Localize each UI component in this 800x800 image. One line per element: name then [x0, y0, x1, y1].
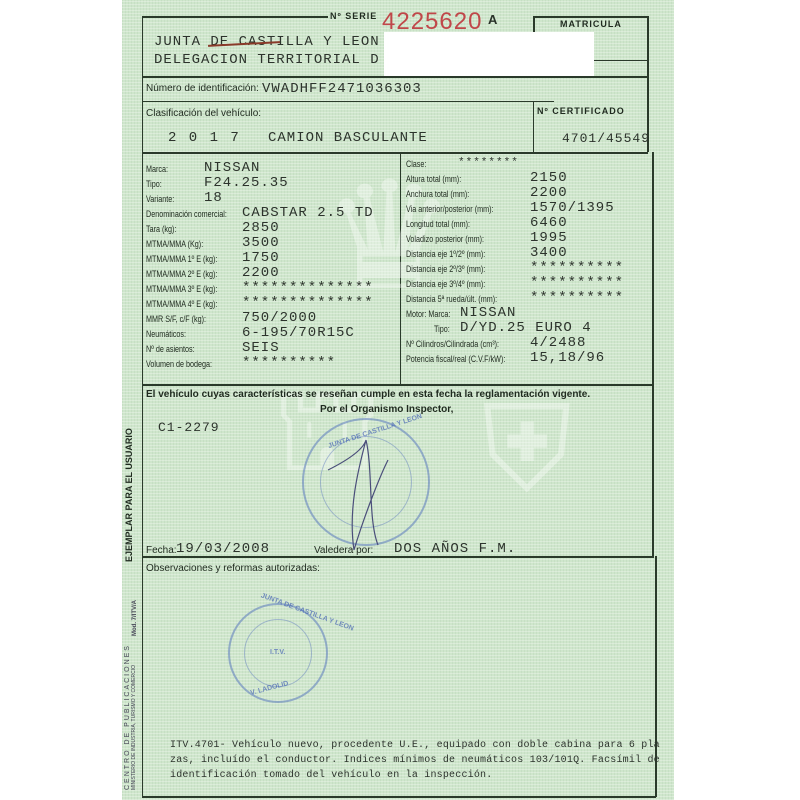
- spec-label: Potencia fiscal/real (C.V.F/kW):: [406, 354, 505, 364]
- spec-label: MTMA/MMA 1º E (kg):: [146, 254, 217, 264]
- spec-label: MTMA/MMA 2º E (kg):: [146, 269, 217, 279]
- spec-value: SEIS: [242, 340, 280, 356]
- spec-label: Nº Cilindros/Cilindrada (cm³):: [406, 339, 499, 349]
- spec-label: Motor: Marca:: [406, 309, 450, 319]
- spec-label: MTMA/MMA 4º E (kg):: [146, 299, 217, 309]
- observations-line-2: zas, incluído el conductor. Indices míni…: [170, 755, 660, 766]
- spec-value: **********: [530, 275, 624, 291]
- spec-value: NISSAN: [204, 160, 260, 176]
- spec-label: Denominación comercial:: [146, 209, 227, 219]
- serie-label: Nº SERIE: [330, 11, 377, 21]
- spec-label: Longitud total (mm):: [406, 219, 470, 229]
- certificado-value: 4701/45549: [562, 131, 650, 146]
- classification-code: 2 0 1 7: [168, 130, 241, 146]
- inspector-label: Por el Organismo Inspector,: [320, 404, 453, 415]
- fecha-value: 19/03/2008: [176, 541, 270, 557]
- spec-value: 18: [204, 190, 223, 206]
- model-label: Mod. 7/ITV/A: [132, 600, 138, 636]
- valedera-label: Valedera por:: [314, 545, 373, 556]
- spec-value: 6-195/70R15C: [242, 325, 355, 341]
- authority-line-2: DELEGACION TERRITORIAL D: [154, 52, 380, 68]
- publisher-label: CENTRO DE PUBLICACIONES: [124, 644, 131, 790]
- spec-label: Distancia eje 1º/2º (mm):: [406, 249, 485, 259]
- fecha-label: Fecha:: [146, 545, 177, 556]
- spec-value: ********: [458, 157, 519, 169]
- spec-label: MTMA/MMA 3º E (kg):: [146, 284, 217, 294]
- spec-value: CABSTAR 2.5 TD: [242, 205, 374, 221]
- spec-label: Anchura total (mm):: [406, 189, 469, 199]
- spec-value: 3400: [530, 245, 568, 261]
- itv-card: Nº SERIE 4225620 A JUNTA DE CASTILLA Y L…: [122, 0, 674, 800]
- spec-label: Altura total (mm):: [406, 174, 461, 184]
- spec-value: 3500: [242, 235, 280, 251]
- spec-label: Marca:: [146, 164, 168, 174]
- spec-label: Neumáticos:: [146, 329, 186, 339]
- spec-value: 4/2488: [530, 335, 586, 351]
- vin-value: VWADHFF2471036303: [262, 81, 422, 97]
- spec-value: 6460: [530, 215, 568, 231]
- spec-label: Via anterior/posterior (mm):: [406, 204, 494, 214]
- spec-value: 1570/1395: [530, 200, 615, 216]
- spec-value: 2200: [530, 185, 568, 201]
- spec-label: Distancia eje 2º/3º (mm):: [406, 264, 485, 274]
- compliance-statement: El vehículo cuyas características se res…: [146, 389, 590, 400]
- itv-stamp: JUNTA DE CASTILLA Y LEON I.T.V. V. LADOL…: [228, 603, 328, 703]
- spec-value: **************: [242, 295, 374, 311]
- classification-label: Clasificación del vehículo:: [146, 108, 261, 119]
- redacted-area: [384, 32, 594, 76]
- observations-line-3: identificación tomado del vehículo en la…: [170, 770, 492, 781]
- spec-value: 2850: [242, 220, 280, 236]
- spec-label: Distancia eje 3º/4º (mm):: [406, 279, 485, 289]
- spec-value: **********: [242, 355, 336, 371]
- spec-value: **********: [530, 260, 624, 276]
- valedera-value: DOS AÑOS F.M.: [394, 541, 516, 557]
- vin-label: Número de identificación:: [146, 83, 259, 94]
- spec-value: F24.25.35: [204, 175, 289, 191]
- spec-label: Tara (kg):: [146, 224, 176, 234]
- spec-value: D/YD.25 EURO 4: [460, 320, 592, 336]
- spec-value: 2200: [242, 265, 280, 281]
- spec-label: Nº de asientos:: [146, 344, 195, 354]
- spec-value: 15,18/96: [530, 350, 605, 366]
- copy-label: EJEMPLAR PARA EL USUARIO: [124, 428, 134, 562]
- spec-value: 2150: [530, 170, 568, 186]
- matricula-label: MATRICULA: [560, 19, 622, 29]
- spec-value: **********: [530, 290, 624, 306]
- spec-value: NISSAN: [460, 305, 516, 321]
- publisher-sub-label: MINISTERIO DE INDUSTRIA, TURISMO Y COMER…: [131, 665, 137, 790]
- spec-label: Distancia 5ª rueda/últ. (mm):: [406, 294, 497, 304]
- shield-watermark: ⛨: [482, 380, 572, 520]
- certificado-label: Nº CERTIFICADO: [537, 106, 625, 116]
- spec-value: 1750: [242, 250, 280, 266]
- serie-letter: A: [488, 12, 497, 27]
- observations-line-1: ITV.4701- Vehículo nuevo, procedente U.E…: [170, 740, 660, 751]
- spec-label: Variante:: [146, 194, 174, 204]
- spec-label: Clase:: [406, 159, 426, 169]
- spec-label: MMR S/F, c/F (kg):: [146, 314, 206, 324]
- observations-label: Observaciones y reformas autorizadas:: [146, 563, 320, 574]
- spec-value: 1995: [530, 230, 568, 246]
- spec-value: 750/2000: [242, 310, 317, 326]
- spec-value: **************: [242, 280, 374, 296]
- inspector-code: C1-2279: [158, 420, 220, 435]
- spec-label: Voladizo posterior (mm):: [406, 234, 484, 244]
- spec-label: Volumen de bodega:: [146, 359, 212, 369]
- classification-value: CAMION BASCULANTE: [268, 130, 428, 146]
- spec-label: MTMA/MMA (Kg):: [146, 239, 203, 249]
- spec-label: Tipo:: [146, 179, 162, 189]
- spec-label: Tipo:: [434, 324, 450, 334]
